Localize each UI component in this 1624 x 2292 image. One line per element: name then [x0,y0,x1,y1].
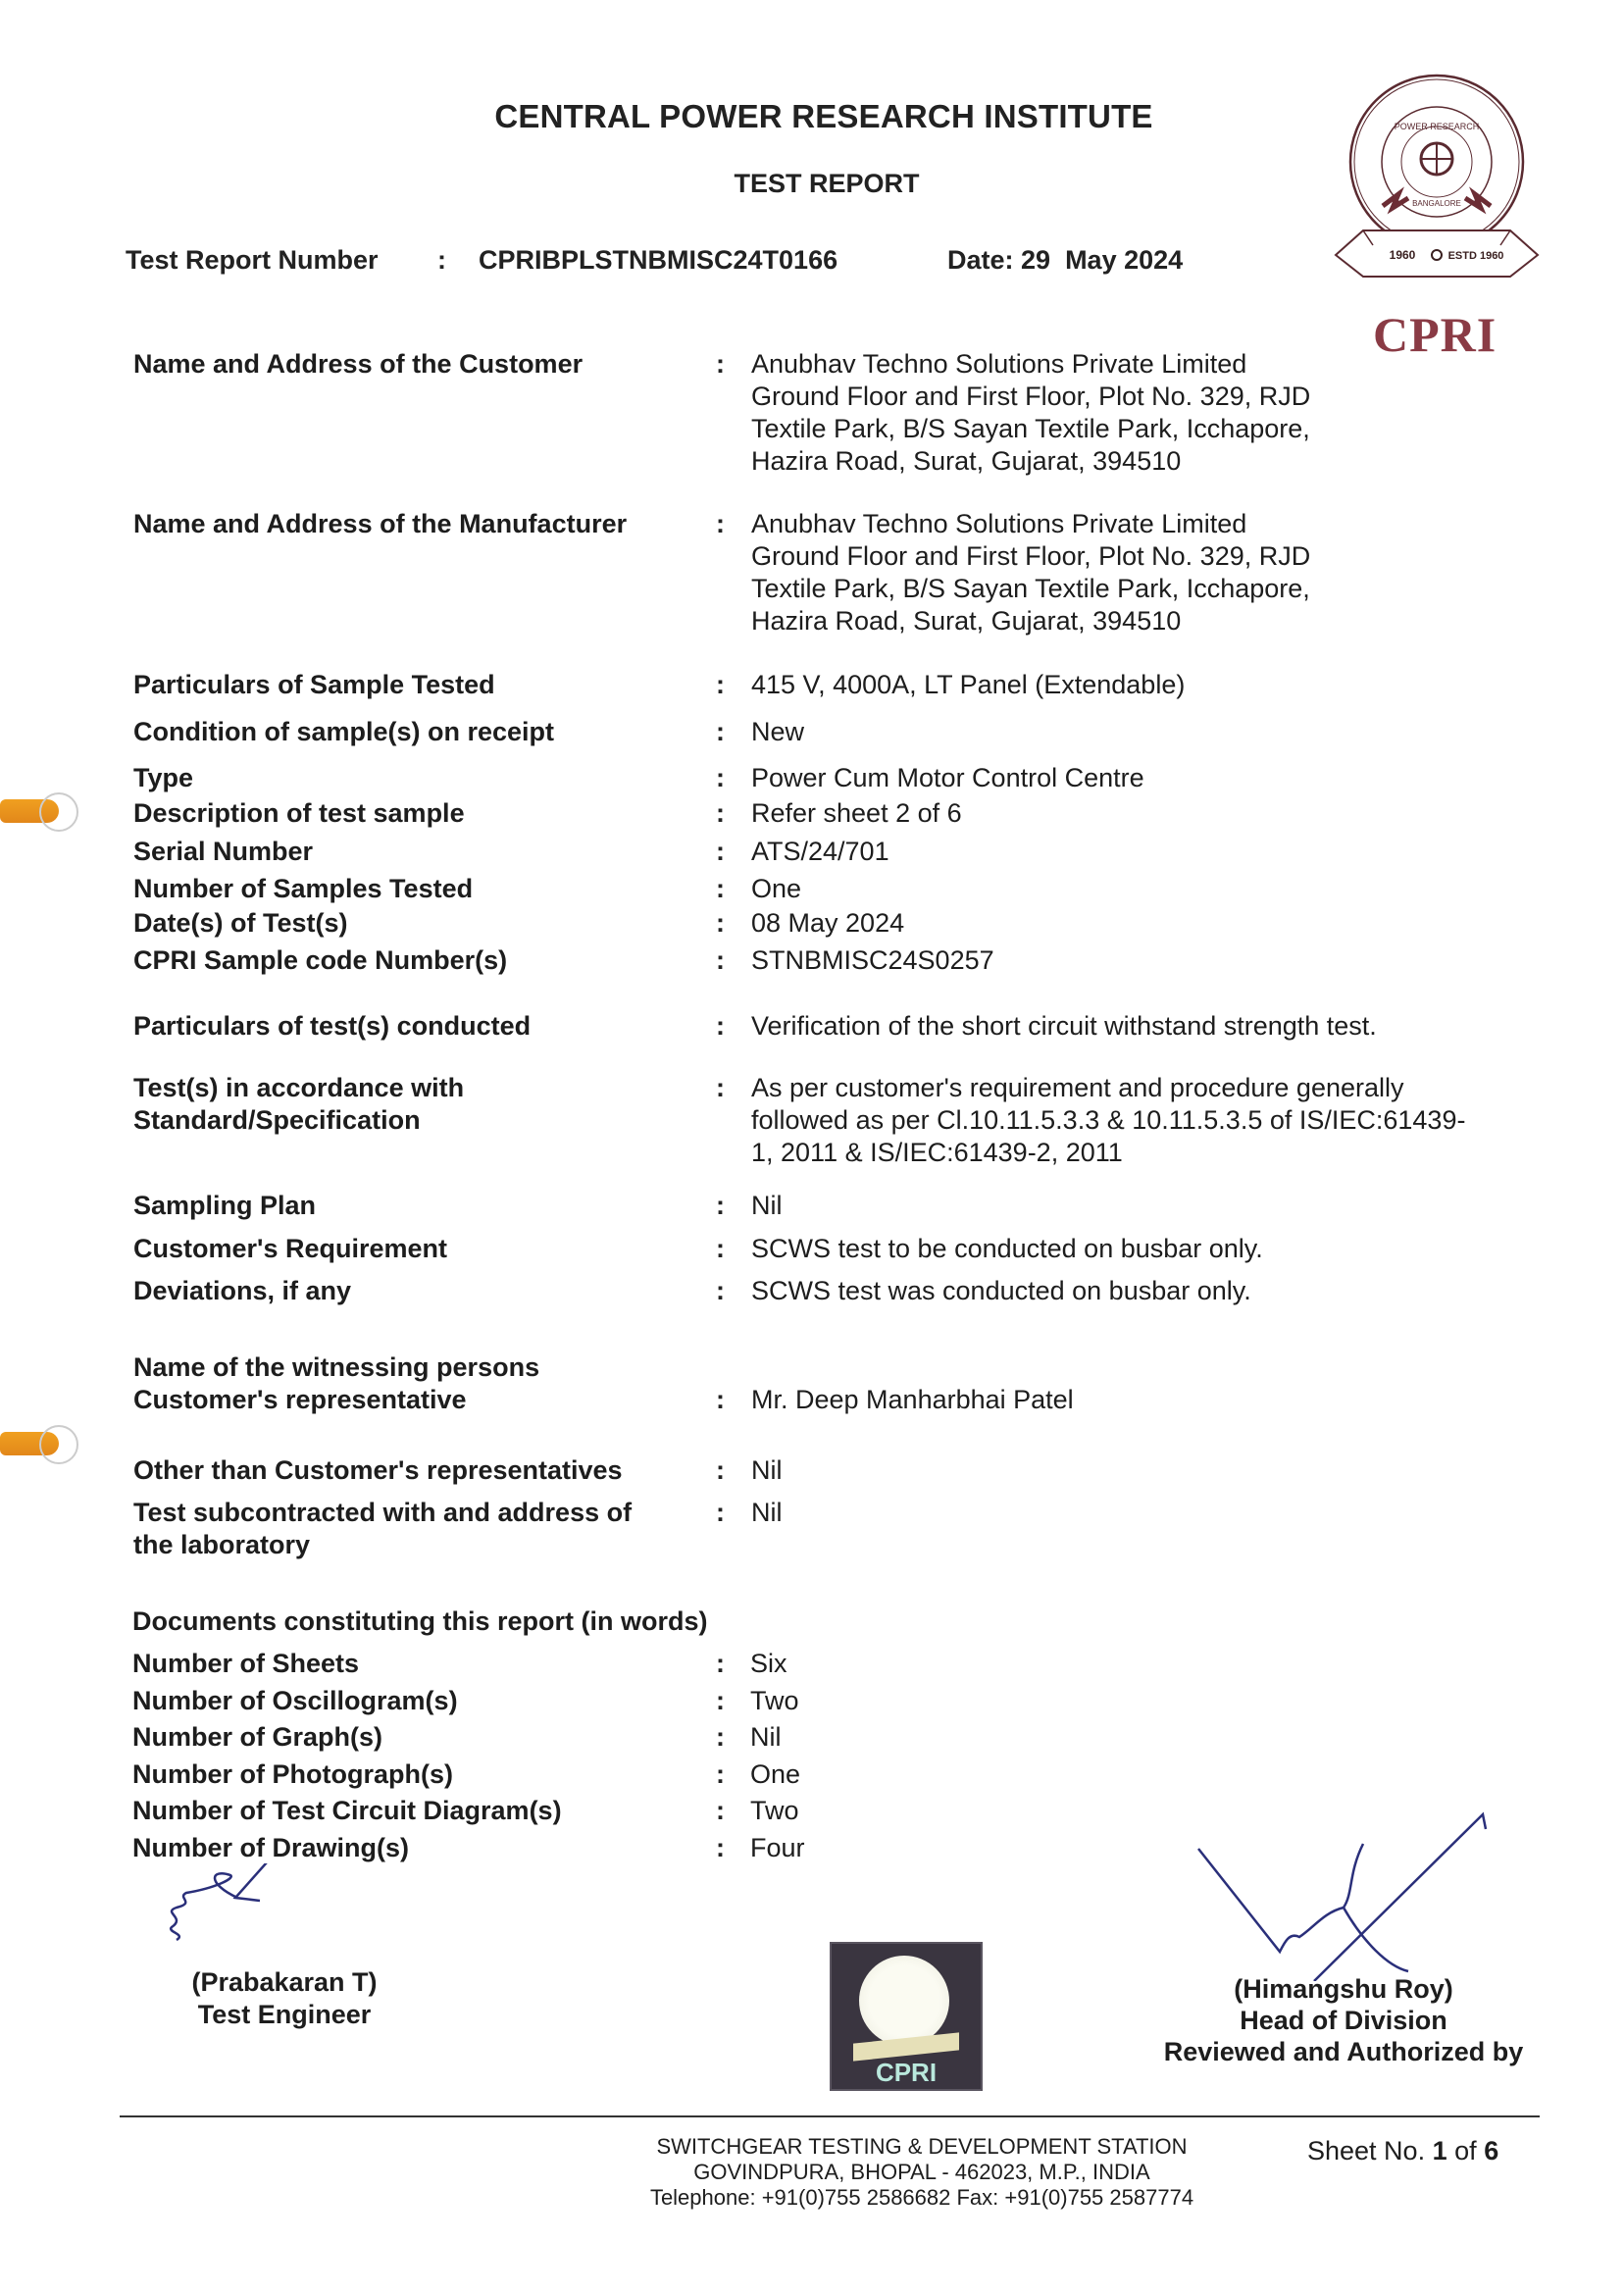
document-count-value: Two [750,1795,799,1827]
field-colon: : [716,907,725,940]
field-label-line: Test(s) in accordance with [133,1072,464,1104]
field-value-line: followed as per Cl.10.11.5.3.3 & 10.11.5… [751,1104,1465,1137]
document-count-colon: : [716,1832,725,1864]
field-value-line: ATS/24/701 [751,836,889,868]
field-value: ATS/24/701 [751,836,889,868]
field-value-line: Nil [751,1497,783,1529]
document-count-value: Nil [750,1721,782,1754]
field-value-line: New [751,716,804,748]
field-colon: : [716,508,725,540]
field-value: New [751,716,804,748]
field-label: Customer's Requirement [133,1233,447,1265]
hologram-text: CPRI [832,2058,981,2088]
field-label: Test(s) in accordance withStandard/Speci… [133,1072,464,1137]
field-value-line: Textile Park, B/S Sayan Textile Park, Ic… [751,413,1310,445]
document-count-colon: : [716,1758,725,1791]
field-label-line: Name of the witnessing persons [133,1351,539,1384]
field-colon: : [716,669,725,701]
document-count-label: Number of Test Circuit Diagram(s) [132,1795,562,1827]
field-label-line: Date(s) of Test(s) [133,907,348,940]
field-colon: : [716,873,725,905]
date-label: Date: [947,245,1014,275]
punch-hole-bottom [39,1425,78,1464]
document-count-colon: : [716,1795,725,1827]
field-colon: : [716,944,725,977]
document-count-label: Number of Drawing(s) [132,1832,409,1864]
date-value: 29 May 2024 [1021,245,1183,275]
field-value-line: Verification of the short circuit withst… [751,1010,1377,1043]
head-name: (Himangshu Roy) [1138,1973,1549,2006]
field-value-line: SCWS test to be conducted on busbar only… [751,1233,1263,1265]
field-value: STNBMISC24S0257 [751,944,994,977]
report-date: Date: 29 May 2024 [947,245,1183,276]
footer-location: GOVINDPURA, BHOPAL - 462023, M.P., INDIA [628,2160,1216,2185]
cpri-seal-icon: POWER RESEARCH BANGALORE 1960 ESTD 1960 [1334,69,1540,294]
field-value: As per customer's requirement and proced… [751,1072,1465,1169]
field-label-line: Name and Address of the Customer [133,348,583,381]
footer-divider [120,2115,1540,2117]
field-value-line: One [751,873,801,905]
field-label: Name of the witnessing personsCustomer's… [133,1351,539,1416]
sheet-of: of [1454,2136,1477,2165]
field-label-line: CPRI Sample code Number(s) [133,944,507,977]
field-label-line: Deviations, if any [133,1275,351,1307]
field-label-line: Serial Number [133,836,313,868]
field-value: Anubhav Techno Solutions Private Limited… [751,348,1310,478]
field-colon: : [716,1072,725,1104]
sheet-label: Sheet No. [1307,2136,1425,2165]
field-label: Particulars of test(s) conducted [133,1010,531,1043]
field-label-line: Customer's Requirement [133,1233,447,1265]
field-value-line: As per customer's requirement and proced… [751,1072,1465,1104]
head-role: Reviewed and Authorized by [1128,2036,1559,2068]
field-label-line: Standard/Specification [133,1104,464,1137]
field-value: Nil [751,1190,783,1222]
document-count-label: Number of Oscillogram(s) [132,1685,458,1717]
field-value-line: Hazira Road, Surat, Gujarat, 394510 [751,605,1310,637]
engineer-title: Test Engineer [147,1999,422,2031]
field-value-line: Ground Floor and First Floor, Plot No. 3… [751,381,1310,413]
field-value-line: 415 V, 4000A, LT Panel (Extendable) [751,669,1185,701]
footer-station: SWITCHGEAR TESTING & DEVELOPMENT STATION [628,2134,1216,2160]
report-number-label: Test Report Number [126,245,379,276]
field-label: Date(s) of Test(s) [133,907,348,940]
field-label-line: Description of test sample [133,797,465,830]
sheet-total: 6 [1484,2136,1498,2165]
document-count-value: Two [750,1685,799,1717]
field-value-line: STNBMISC24S0257 [751,944,994,977]
field-label: Serial Number [133,836,313,868]
document-count-colon: : [716,1685,725,1717]
field-colon: : [716,762,725,794]
field-label: Name and Address of the Customer [133,348,583,381]
engineer-signature-icon [157,1863,304,1961]
field-label-line: Customer's representative [133,1384,539,1416]
field-colon: : [716,716,725,748]
field-label: Type [133,762,193,794]
field-value-line: Nil [751,1454,783,1487]
head-signature-icon [1177,1805,1510,1981]
sheet-number: Sheet No. 1 of 6 [1307,2136,1498,2166]
field-value: SCWS test was conducted on busbar only. [751,1275,1251,1307]
field-label-line: Test subcontracted with and address of [133,1497,632,1529]
documents-heading: Documents constituting this report (in w… [132,1605,708,1638]
field-label: Number of Samples Tested [133,873,473,905]
field-label-line: Condition of sample(s) on receipt [133,716,554,748]
field-value: Mr. Deep Manharbhai Patel [751,1384,1074,1416]
svg-text:BANGALORE: BANGALORE [1412,199,1461,208]
field-label: Test subcontracted with and address ofth… [133,1497,632,1561]
svg-text:ESTD 1960: ESTD 1960 [1448,250,1504,262]
field-label-line: Name and Address of the Manufacturer [133,508,627,540]
field-label: Name and Address of the Manufacturer [133,508,627,540]
field-value-line: Ground Floor and First Floor, Plot No. 3… [751,540,1310,573]
engineer-name: (Prabakaran T) [147,1966,422,1999]
field-colon: : [716,1497,725,1529]
field-colon: : [716,797,725,830]
field-label-line: Type [133,762,193,794]
field-value: 08 May 2024 [751,907,904,940]
head-title: Head of Division [1138,2005,1549,2037]
footer-contact: Telephone: +91(0)755 2586682 Fax: +91(0)… [628,2185,1216,2211]
field-label-line: Particulars of Sample Tested [133,669,495,701]
field-label: Sampling Plan [133,1190,316,1222]
field-value: Verification of the short circuit withst… [751,1010,1377,1043]
field-label: Particulars of Sample Tested [133,669,495,701]
field-value-line: Nil [751,1190,783,1222]
footer-address: SWITCHGEAR TESTING & DEVELOPMENT STATION… [628,2134,1216,2211]
field-value: Nil [751,1454,783,1487]
field-value-line: Refer sheet 2 of 6 [751,797,962,830]
field-value-line: 08 May 2024 [751,907,904,940]
field-value: One [751,873,801,905]
document-count-value: Four [750,1832,805,1864]
field-value-line: Hazira Road, Surat, Gujarat, 394510 [751,445,1310,478]
field-value-line: SCWS test was conducted on busbar only. [751,1275,1251,1307]
field-value: 415 V, 4000A, LT Panel (Extendable) [751,669,1185,701]
field-label-line: Number of Samples Tested [133,873,473,905]
field-label-line: the laboratory [133,1529,632,1561]
field-value-line: Textile Park, B/S Sayan Textile Park, Ic… [751,573,1310,605]
field-colon: : [716,836,725,868]
field-colon: : [716,1190,725,1222]
document-count-label: Number of Photograph(s) [132,1758,453,1791]
field-value: Power Cum Motor Control Centre [751,762,1144,794]
field-colon: : [716,1233,725,1265]
cpri-wordmark: CPRI [1373,306,1497,363]
field-value-line: 1, 2011 & IS/IEC:61439-2, 2011 [751,1137,1465,1169]
field-label: Other than Customer's representatives [133,1454,623,1487]
punch-hole-top [39,792,78,832]
hologram-disc [859,1956,949,2046]
document-count-colon: : [716,1721,725,1754]
svg-text:1960: 1960 [1390,248,1416,262]
field-label: Condition of sample(s) on receipt [133,716,554,748]
hologram-seal-icon: CPRI [830,1942,983,2091]
field-value-line: Power Cum Motor Control Centre [751,762,1144,794]
field-colon: : [716,1275,725,1307]
svg-text:POWER RESEARCH: POWER RESEARCH [1395,122,1480,131]
field-label: Deviations, if any [133,1275,351,1307]
document-count-label: Number of Graph(s) [132,1721,382,1754]
field-colon: : [716,1010,725,1043]
document-count-colon: : [716,1648,725,1680]
field-value-line: Anubhav Techno Solutions Private Limited [751,508,1310,540]
field-label-line: Sampling Plan [133,1190,316,1222]
field-label-line: Particulars of test(s) conducted [133,1010,531,1043]
field-value-line: Anubhav Techno Solutions Private Limited [751,348,1310,381]
field-label-line: Other than Customer's representatives [133,1454,623,1487]
field-colon: : [716,348,725,381]
field-label: Description of test sample [133,797,465,830]
field-value: SCWS test to be conducted on busbar only… [751,1233,1263,1265]
report-number: CPRIBPLSTNBMISC24T0166 [479,245,837,276]
field-value: Nil [751,1497,783,1529]
field-value-line: Mr. Deep Manharbhai Patel [751,1384,1074,1416]
field-colon: : [716,1454,725,1487]
field-colon: : [716,1384,725,1416]
report-number-colon: : [437,245,446,276]
field-label: CPRI Sample code Number(s) [133,944,507,977]
document-count-label: Number of Sheets [132,1648,359,1680]
document-count-value: One [750,1758,800,1791]
document-count-value: Six [750,1648,787,1680]
field-value: Anubhav Techno Solutions Private Limited… [751,508,1310,637]
sheet-current: 1 [1433,2136,1447,2165]
field-value: Refer sheet 2 of 6 [751,797,962,830]
